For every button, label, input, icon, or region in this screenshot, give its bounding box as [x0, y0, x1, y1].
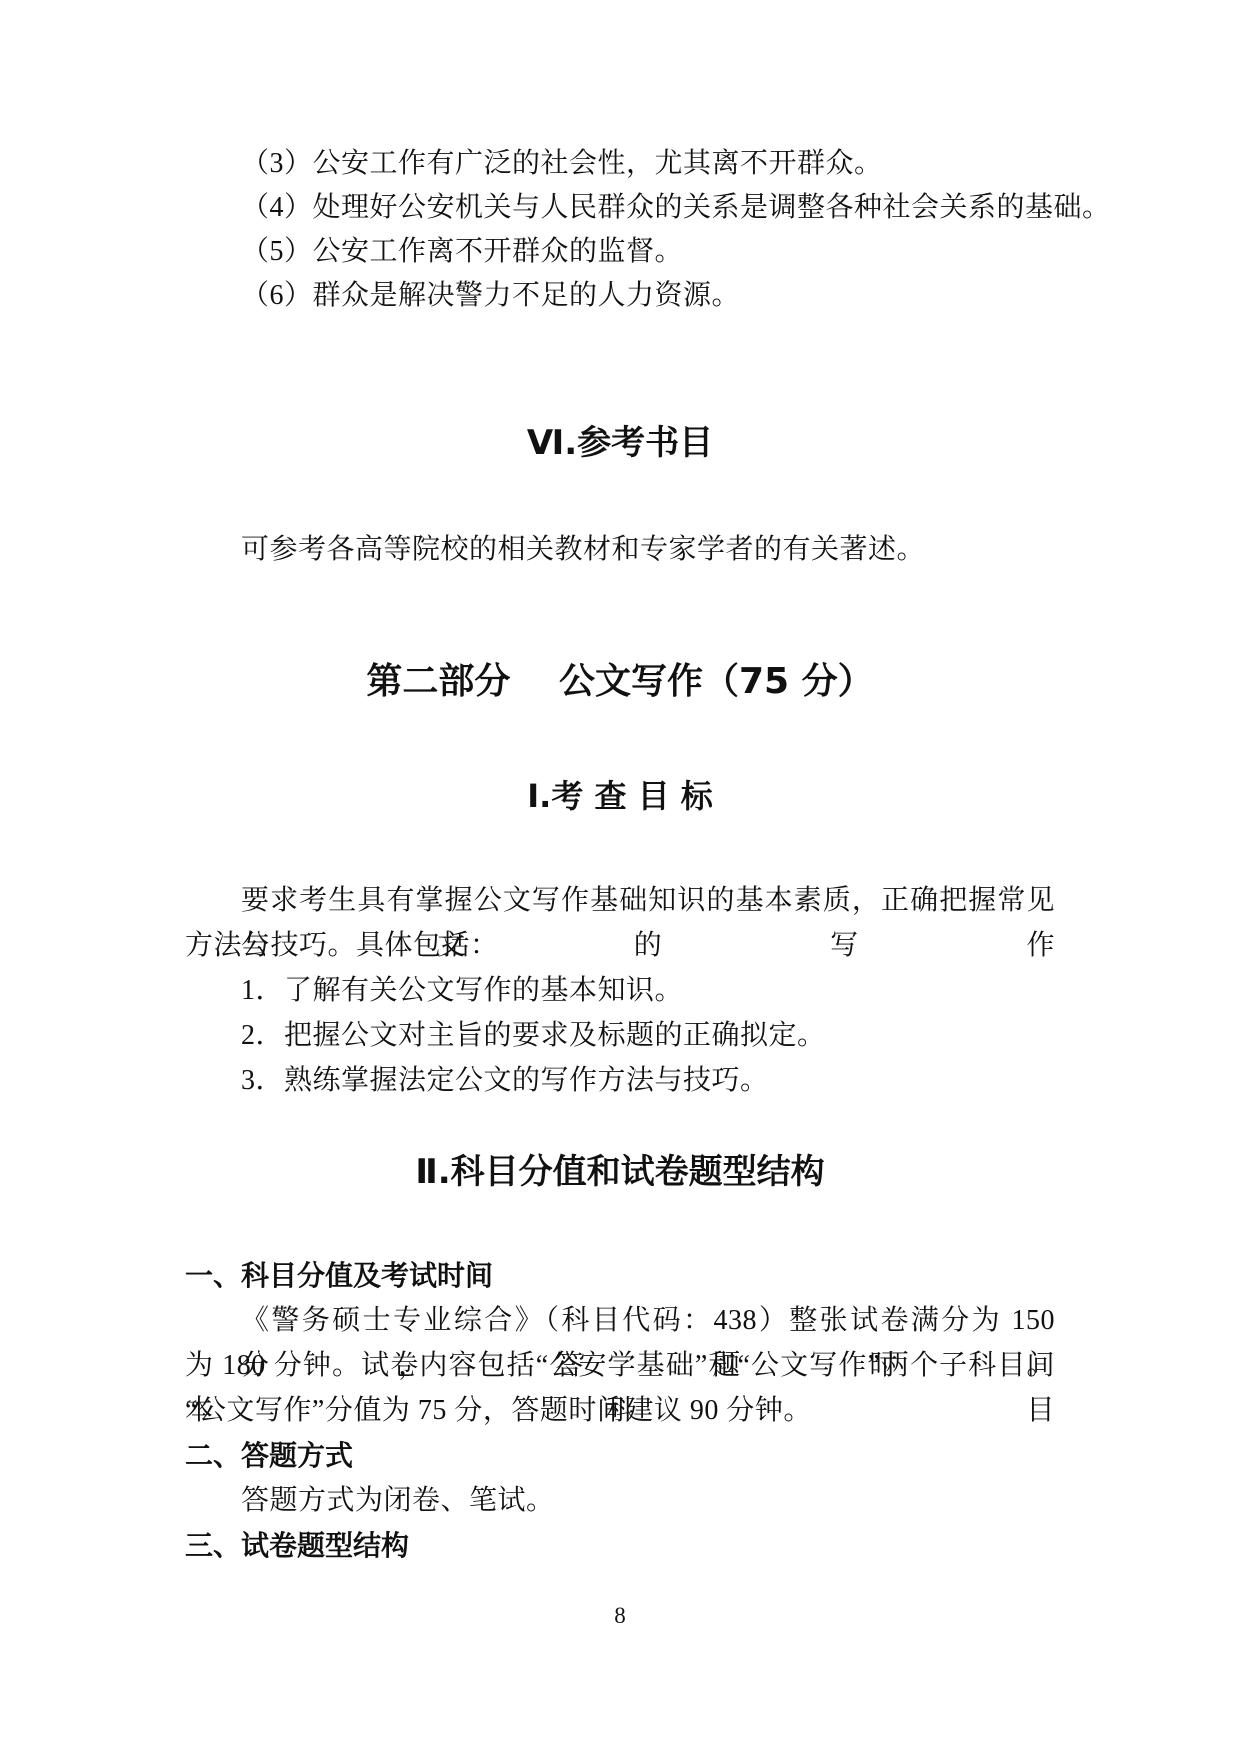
list-item-5: （5）公安工作离不开群众的监督。: [185, 230, 1055, 274]
structure-heading: Ⅱ.科目分值和试卷题型结构: [185, 1149, 1055, 1195]
exam-goal-heading: Ⅰ.考 查 目 标: [185, 774, 1055, 818]
list-item-3: （3）公安工作有广泛的社会性，尤其离不开群众。: [185, 142, 1055, 186]
list-item-6: （6）群众是解决警力不足的人力资源。: [185, 274, 1055, 318]
reference-books-text: 可参考各高等院校的相关教材和专家学者的有关著述。: [185, 528, 1055, 572]
list-item-4: （4）处理好公安机关与人民群众的关系是调整各种社会关系的基础。: [185, 186, 1055, 230]
exam-goal-item-1: 1．了解有关公文写作的基本知识。: [185, 968, 1055, 1013]
exam-goal-item-3: 3．熟练掌握法定公文的写作方法与技巧。: [185, 1058, 1055, 1103]
subheading-paper-structure: 三、试卷题型结构: [185, 1523, 1055, 1568]
page-content: （3）公安工作有广泛的社会性，尤其离不开群众。 （4）处理好公安机关与人民群众的…: [0, 0, 1240, 1568]
exam-goal-item-2: 2．把握公文对主旨的要求及标题的正确拟定。: [185, 1013, 1055, 1058]
score-time-line1: 《警务硕士专业综合》（科目代码：438）整张试卷满分为 150 分，答题时间: [185, 1298, 1055, 1343]
subheading-score-time: 一、科目分值及考试时间: [185, 1253, 1055, 1298]
exam-goal-intro-line1: 要求考生具有掌握公文写作基础知识的基本素质，正确把握常见公文的写作: [185, 878, 1055, 923]
page-number: 8: [0, 1602, 1240, 1630]
part2-title: 第二部分 公文写作（75 分）: [185, 658, 1055, 706]
reference-books-heading: Ⅵ.参考书目: [185, 420, 1055, 466]
subheading-answer-mode: 二、答题方式: [185, 1433, 1055, 1478]
answer-mode-text: 答题方式为闭卷、笔试。: [185, 1478, 1055, 1523]
document-page: （3）公安工作有广泛的社会性，尤其离不开群众。 （4）处理好公安机关与人民群众的…: [0, 0, 1240, 1754]
score-time-line2: 为 180 分钟。试卷内容包括“公安学基础”和“公文写作”两个子科目。本科目: [185, 1343, 1055, 1388]
